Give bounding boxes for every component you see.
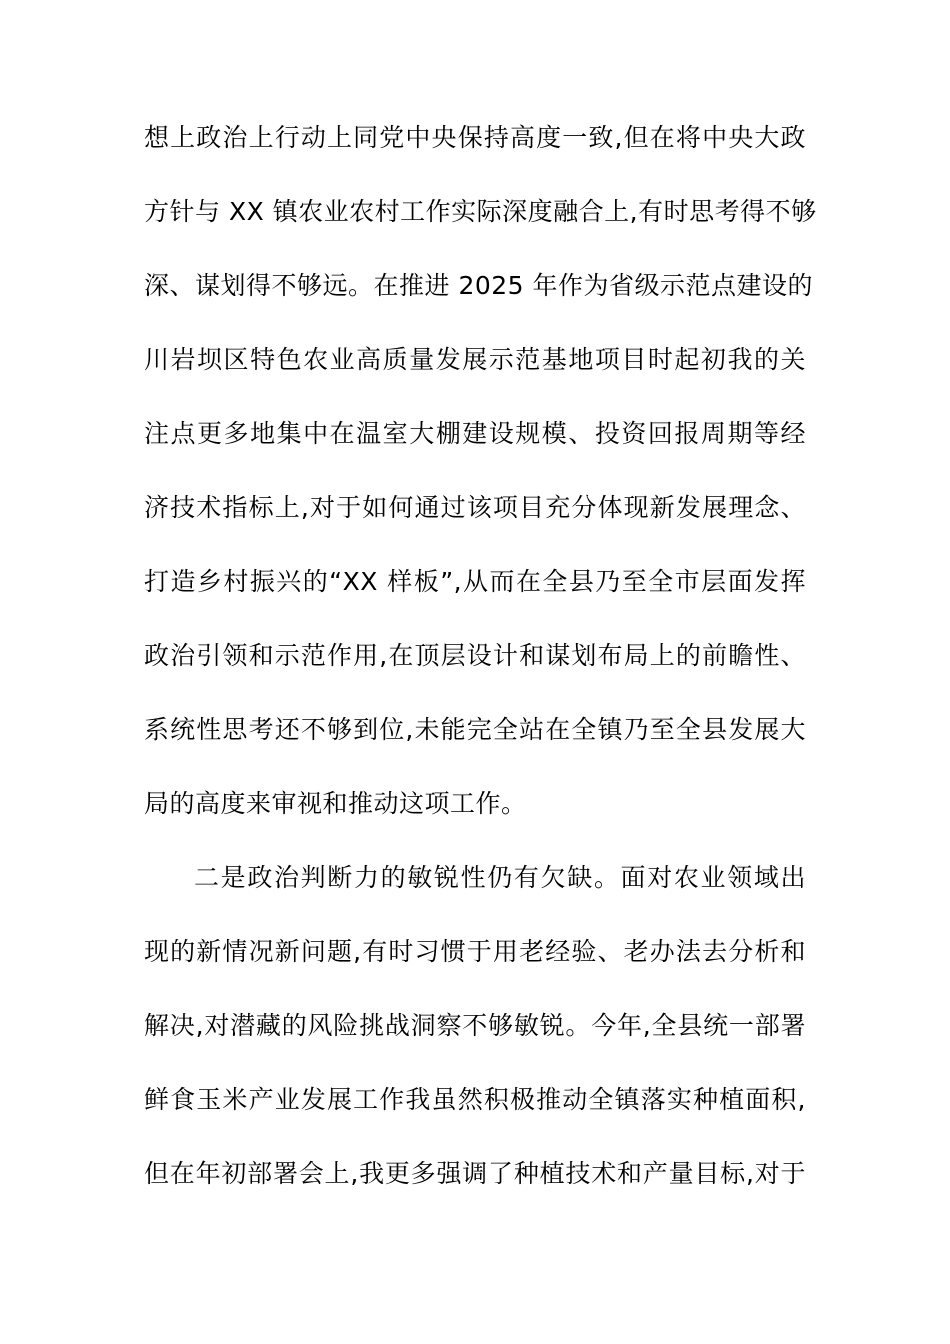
text-line-8: 政治引领和示范作用,在顶层设计和谋划布局上的前瞻性、 [144,619,806,693]
text-line-1: 想上政治上行动上同党中央保持高度一致,但在将中央大政 [144,101,806,175]
text-line-6: 济技术指标上,对于如何通过该项目充分体现新发展理念、 [144,471,806,545]
text-line-15: 但在年初部署会上,我更多强调了种植技术和产量目标,对于 [144,1137,806,1211]
text-line-10-paragraph-end: 局的高度来审视和推动这项工作。 [144,767,806,841]
text-line-5: 注点更多地集中在温室大棚建设规模、投资回报周期等经 [144,397,806,471]
document-body: 想上政治上行动上同党中央保持高度一致,但在将中央大政 方针与 XX 镇农业农村工… [144,101,806,1211]
text-line-7: 打造乡村振兴的“XX 样板”,从而在全县乃至全市层面发挥 [144,545,806,619]
text-line-4: 川岩坝区特色农业高质量发展示范基地项目时起初我的关 [144,323,806,397]
text-line-12: 现的新情况新问题,有时习惯于用老经验、老办法去分析和 [144,915,806,989]
text-line-14: 鲜食玉米产业发展工作我虽然积极推动全镇落实种植面积, [144,1063,806,1137]
text-line-3: 深、谋划得不够远。在推进 2025 年作为省级示范点建设的 [144,249,806,323]
text-line-9: 系统性思考还不够到位,未能完全站在全镇乃至全县发展大 [144,693,806,767]
text-line-11-paragraph-start: 二是政治判断力的敏锐性仍有欠缺。面对农业领域出 [144,841,806,915]
text-line-2: 方针与 XX 镇农业农村工作实际深度融合上,有时思考得不够 [144,175,806,249]
document-page: 想上政治上行动上同党中央保持高度一致,但在将中央大政 方针与 XX 镇农业农村工… [0,0,950,1344]
text-line-13: 解决,对潜藏的风险挑战洞察不够敏锐。今年,全县统一部署 [144,989,806,1063]
